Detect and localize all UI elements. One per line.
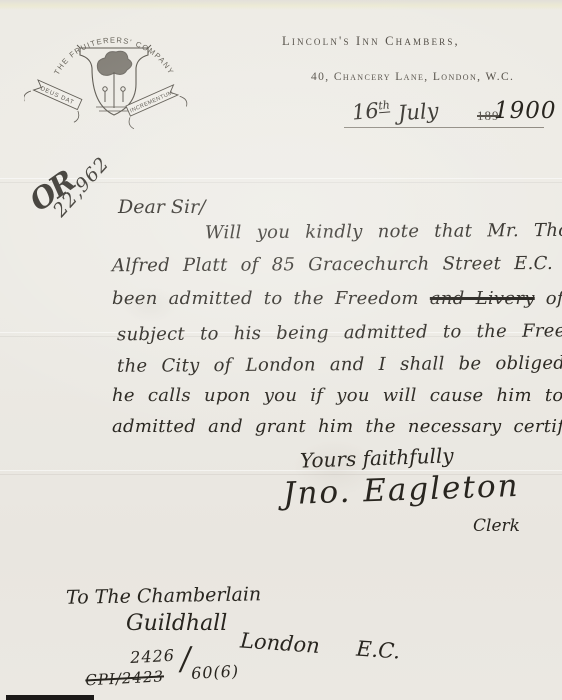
- body-line-6: he calls upon you if you will cause him …: [112, 385, 562, 406]
- written-year: 1900: [494, 98, 557, 124]
- letterhead-address-line2: 40, Chancery Lane, London, W.C.: [311, 71, 514, 83]
- scan-edge-artifact: [6, 695, 94, 700]
- reference-suffix: 60(6): [191, 661, 240, 682]
- date-underline: [344, 127, 544, 128]
- crest-tree-icon: [96, 51, 132, 111]
- reference-old-number-struck: CPI/2423: [85, 667, 165, 689]
- letterhead-address-line1: Lincoln's Inn Chambers,: [282, 34, 460, 49]
- date-ordinal: th: [378, 98, 391, 113]
- body-line-3-pre: been admitted to the Freedom: [112, 288, 430, 309]
- reference-block: 2426 / CPI/2423 60(6): [84, 644, 256, 699]
- body-line-7: admitted and grant him the necessary cer…: [112, 416, 562, 437]
- recipient-line-1: To The Chamberlain: [66, 583, 262, 608]
- crest-ribbon-left: DEUS DAT: [24, 78, 86, 125]
- body-line-1: Will you kindly note that Mr. Thomas: [205, 220, 562, 244]
- body-line-3: been admitted to the Freedom and Livery …: [112, 288, 562, 309]
- body-line-3-struck-text: and Livery: [430, 288, 535, 309]
- letter-page: THE FRUITERERS' COMPANY DEUS DAT INCREME…: [0, 0, 562, 700]
- body-line-3-post: of this Company: [535, 288, 562, 309]
- recipient-line-3: London E.C.: [239, 628, 401, 663]
- registry-annotation: OR 22,962: [15, 138, 155, 248]
- salutation: Dear Sir/: [118, 196, 206, 218]
- reference-new-number: 2426: [130, 646, 176, 667]
- body-line-2: Alfred Platt of 85 Gracechurch Street E.…: [112, 253, 562, 277]
- fruiterers-company-crest: THE FRUITERERS' COMPANY DEUS DAT INCREME…: [24, 12, 204, 157]
- reference-slash: /: [179, 641, 191, 677]
- recipient-line-2: Guildhall: [126, 611, 227, 636]
- closing-phrase: Yours faithfully: [300, 443, 454, 472]
- body-line-5: the City of London and I shall be oblige…: [117, 352, 562, 377]
- crest-ribbon-right: INCREMENTUM: [122, 83, 188, 131]
- signer-title: Clerk: [473, 516, 520, 536]
- signature: Jno. Eagleton: [282, 468, 520, 512]
- date-month: July: [397, 99, 439, 126]
- body-line-4: subject to his being admitted to the Fre…: [117, 320, 562, 346]
- date-day: 16th: [351, 97, 391, 124]
